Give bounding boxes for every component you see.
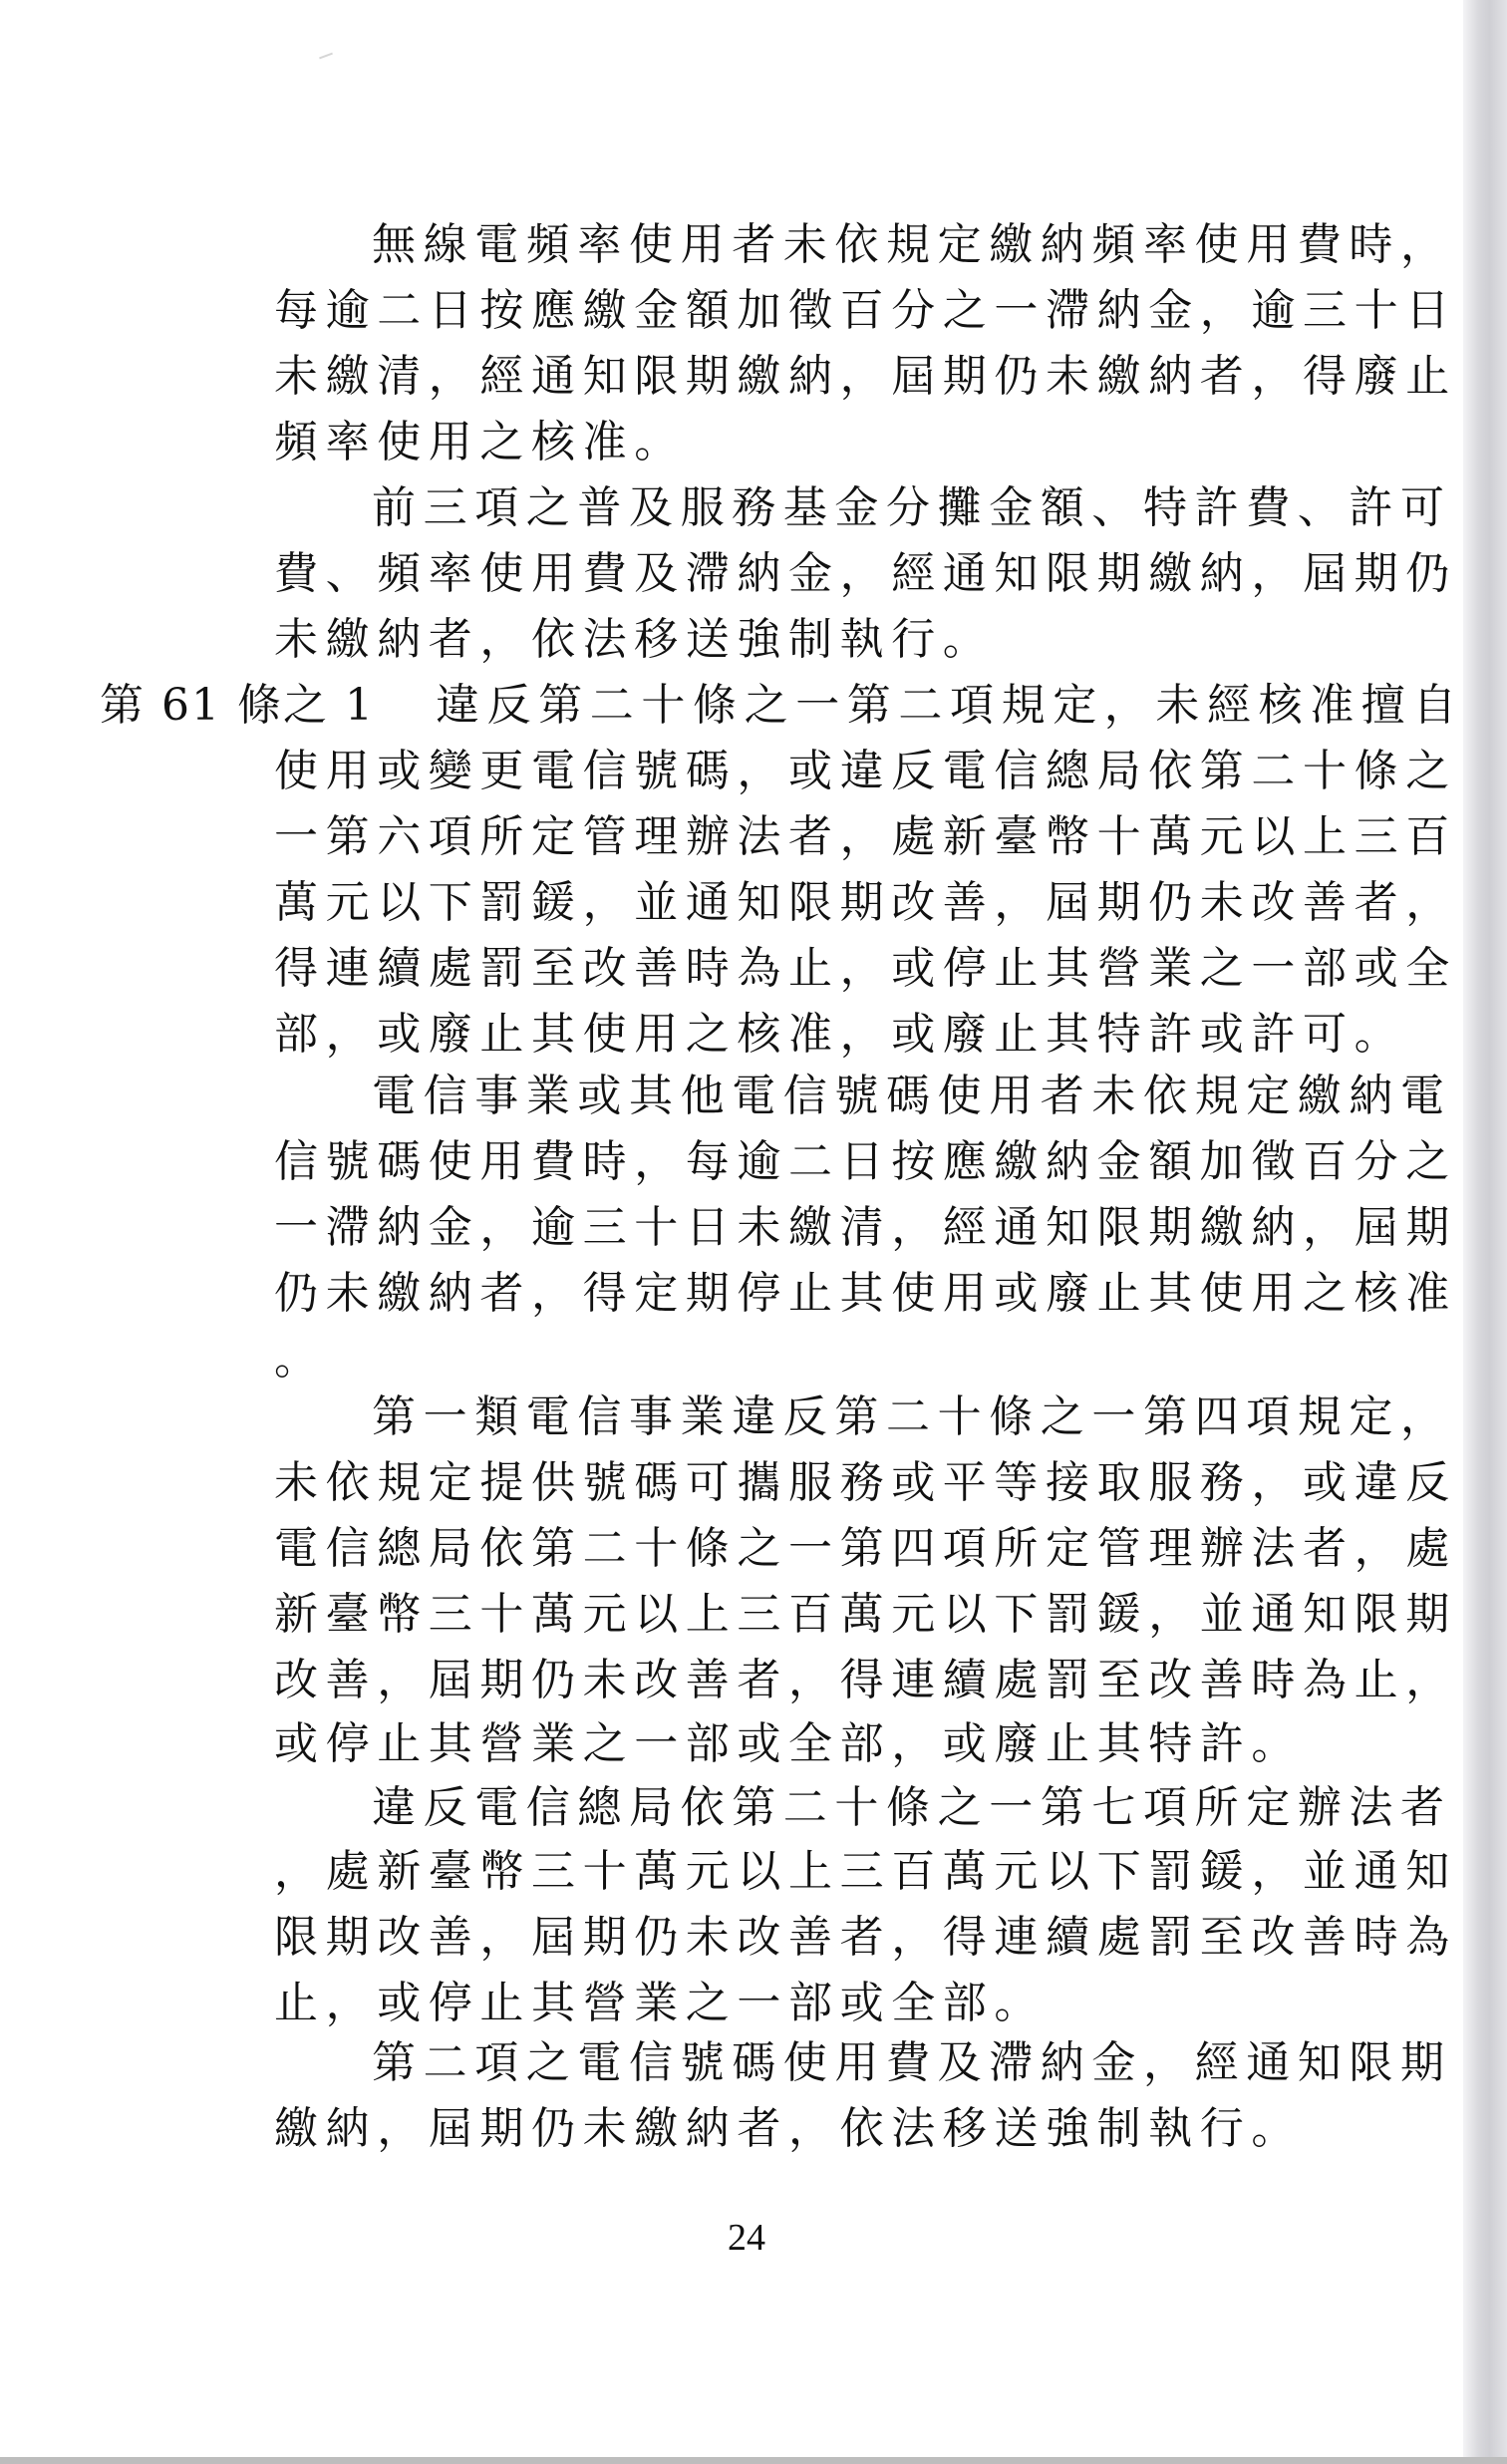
text-line: 繳納，屆期仍未繳納者，依法移送強制執行。 [274, 2099, 1430, 2159]
text-line: 一滯納金，逾三十日未繳清，經通知限期繳納，屆期 [274, 1198, 1430, 1258]
text-line: 使用或變更電信號碼，或違反電信總局依第二十條之 [274, 742, 1430, 801]
text-line: 違反電信總局依第二十條之一第七項所定辦法者 [372, 1778, 1507, 1838]
scan-speck [319, 53, 333, 60]
page-edge-shadow [1463, 0, 1507, 2464]
text-line: 改善，屆期仍未改善者，得連續處罰至改善時為止， [274, 1651, 1430, 1710]
text-line: 前三項之普及服務基金分攤金額、特許費、許可 [372, 478, 1507, 538]
text-line: 第一類電信事業違反第二十條之一第四項規定， [372, 1387, 1507, 1447]
text-line: 止，或停止其營業之一部或全部。 [274, 1974, 1430, 2033]
text-line: 得連續處罰至改善時為止，或停止其營業之一部或全 [274, 939, 1430, 999]
article-label: 第 61 條之 1 [100, 676, 375, 736]
page-bottom-shadow [0, 2457, 1507, 2464]
text-line: 。 [274, 1330, 1430, 1389]
text-line: 違反第二十條之一第二項規定，未經核准擅自 [436, 676, 1432, 736]
page-number: 24 [728, 2213, 765, 2263]
text-line: 無線電頻率使用者未依規定繳納頻率使用費時， [372, 215, 1507, 275]
text-line: 電信事業或其他電信號碼使用者未依規定繳納電 [372, 1067, 1507, 1126]
text-line: 未繳清，經通知限期繳納，屆期仍未繳納者，得廢止 [274, 347, 1430, 407]
text-line: 每逾二日按應繳金額加徵百分之一滯納金，逾三十日 [274, 281, 1430, 341]
text-line: 電信總局依第二十條之一第四項所定管理辦法者，處 [274, 1519, 1430, 1579]
text-line: 限期改善，屆期仍未改善者，得連續處罰至改善時為 [274, 1908, 1430, 1968]
document-page: 無線電頻率使用者未依規定繳納頻率使用費時， 每逾二日按應繳金額加徵百分之一滯納金… [0, 0, 1465, 2458]
text-line: 費、頻率使用費及滯納金，經通知限期繳納，屆期仍 [274, 544, 1430, 604]
text-line: 未繳納者，依法移送強制執行。 [274, 610, 1430, 670]
text-line: 部，或廢止其使用之核准，或廢止其特許或許可。 [274, 1005, 1430, 1065]
text-line: 萬元以下罰鍰，並通知限期改善，屆期仍未改善者， [274, 873, 1430, 933]
text-line: 仍未繳納者，得定期停止其使用或廢止其使用之核准 [274, 1264, 1430, 1324]
text-line: 第二項之電信號碼使用費及滯納金，經通知限期 [372, 2033, 1507, 2093]
text-line: 或停止其營業之一部或全部，或廢止其特許。 [274, 1714, 1430, 1774]
text-line: 新臺幣三十萬元以上三百萬元以下罰鍰，並通知限期 [274, 1585, 1430, 1645]
text-line: 信號碼使用費時，每逾二日按應繳納金額加徵百分之 [274, 1132, 1430, 1192]
text-line: 一第六項所定管理辦法者，處新臺幣十萬元以上三百 [274, 807, 1430, 867]
text-line: 未依規定提供號碼可攜服務或平等接取服務，或違反 [274, 1453, 1430, 1513]
text-line: ，處新臺幣三十萬元以上三百萬元以下罰鍰，並通知 [274, 1842, 1430, 1902]
text-line: 頻率使用之核准。 [274, 413, 1430, 472]
